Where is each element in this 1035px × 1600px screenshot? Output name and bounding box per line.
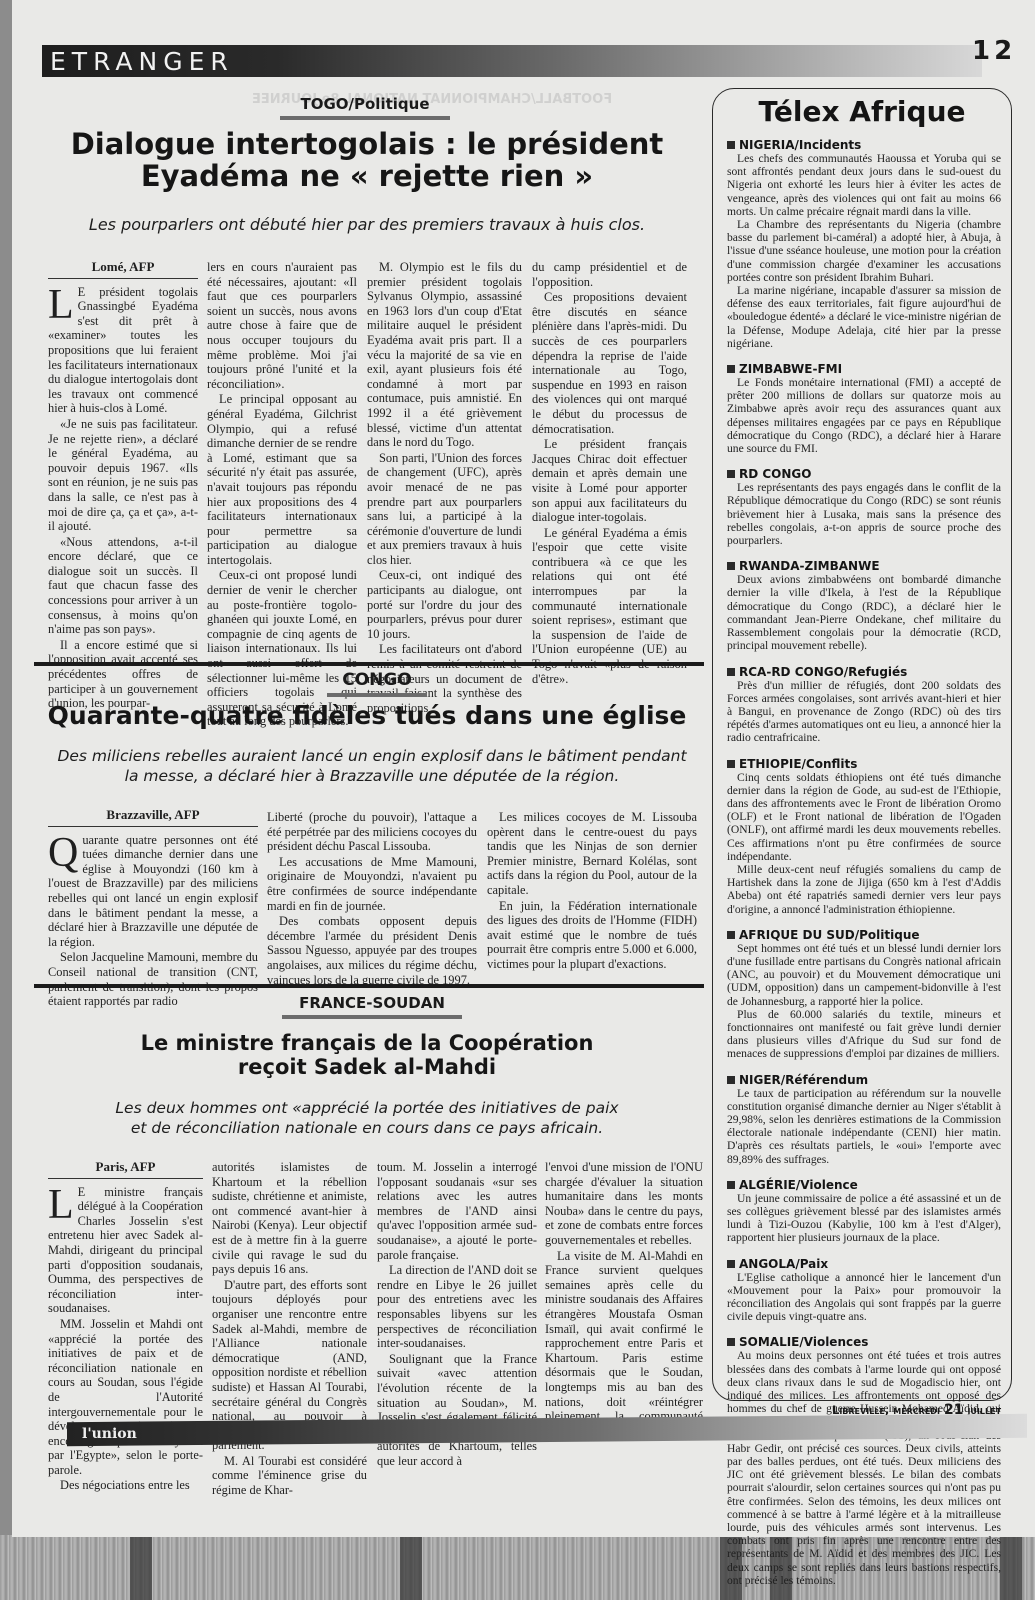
article-paragraph: Les accusations de Mme Mamouni, originai… bbox=[267, 855, 477, 913]
standfirst-line: Les deux hommes ont «apprécié la portée … bbox=[42, 1098, 692, 1118]
article-paragraph: «Je ne suis pas facilitateur. Je ne reje… bbox=[48, 417, 198, 534]
article-paragraph: Des négociations entre les bbox=[48, 1478, 203, 1493]
telex-paragraph: Le taux de participation au référendum s… bbox=[727, 1087, 1001, 1166]
telex-item-zimbabwe-fmi: ZIMBABWE-FMI Le Fonds monétaire internat… bbox=[713, 362, 1011, 455]
soudan-column-4: l'envoi d'une mission de l'ONU chargée d… bbox=[545, 1160, 703, 1439]
dateline: Paris, AFP bbox=[48, 1160, 203, 1179]
telex-item-rca-rd-congo: RCA-RD CONGO/Refugiés Près d'un millier … bbox=[713, 665, 1011, 745]
telex-afrique-box: Télex Afrique NIGERIA/Incidents Les chef… bbox=[712, 88, 1012, 1401]
telex-item-rwanda-zimbabwe: RWANDA-ZIMBANWE Deux avions zimbabwéens … bbox=[713, 559, 1011, 652]
article-paragraph: En juin, la Fédération internationale de… bbox=[487, 899, 697, 972]
telex-item-heading: NIGERIA/Incidents bbox=[739, 138, 861, 152]
togo-column-4: du camp présidentiel et de l'opposition.… bbox=[532, 260, 687, 687]
section-title: ETRANGER bbox=[50, 47, 234, 76]
telex-item-heading: ZIMBABWE-FMI bbox=[739, 362, 842, 376]
standfirst-line: la messe, a déclaré hier à Brazzaville u… bbox=[42, 766, 702, 786]
telex-paragraph: La marine nigériane, incapable d'assurer… bbox=[727, 284, 1001, 350]
section-header-band: ETRANGER bbox=[42, 45, 982, 77]
togo-standfirst: Les pourparlers ont débuté hier par des … bbox=[42, 215, 692, 236]
soudan-headline: Le ministre français de la Coopération r… bbox=[42, 1032, 692, 1079]
article-paragraph: Quarante quatre personnes ont été tuées … bbox=[48, 833, 258, 950]
article-paragraph: Le principal opposant au général Eyadéma… bbox=[207, 392, 357, 567]
telex-item-somalie: SOMALIE/Violences Au moins deux personne… bbox=[713, 1335, 1011, 1587]
bullet-square-icon bbox=[727, 668, 735, 676]
article-paragraph: autorités islamistes de Khartoum et la r… bbox=[212, 1160, 367, 1277]
article-paragraph: Liberté (proche du pouvoir), l'attaque a… bbox=[267, 810, 477, 854]
bullet-square-icon bbox=[727, 562, 735, 570]
section-divider bbox=[34, 984, 704, 988]
telex-paragraph: Deux avions zimbabwéens ont bombardé dim… bbox=[727, 573, 1001, 652]
headline-line: reçoit Sadek al-Mahdi bbox=[42, 1056, 692, 1080]
page-number: 12 bbox=[972, 36, 1016, 66]
section-divider bbox=[34, 662, 704, 666]
headline-line: Dialogue intertogolais : le président bbox=[42, 128, 692, 160]
telex-paragraph: Près d'un millier de réfugiés, dont 200 … bbox=[727, 679, 1001, 745]
congo-headline: Quarante-quatre fidèles tués dans une ég… bbox=[42, 702, 692, 730]
kicker-underline bbox=[282, 1015, 462, 1019]
standfirst-line: et de réconciliation nationale en cours … bbox=[42, 1118, 692, 1138]
kicker-label: FRANCE-SOUDAN bbox=[299, 994, 445, 1012]
article-paragraph: Il a encore estimé que si l'opposition a… bbox=[48, 638, 198, 711]
newspaper-page: FOOTBALL/CHAMPIONNAT NATIONAL 8e JOURNEE… bbox=[12, 0, 1035, 1537]
telex-paragraph: Au moins deux personnes ont été tuées et… bbox=[727, 1349, 1001, 1587]
article-paragraph: Son parti, l'Union des forces de changem… bbox=[367, 451, 522, 568]
telex-item-nigeria: NIGERIA/Incidents Les chefs des communau… bbox=[713, 138, 1011, 350]
congo-standfirst: Des miliciens rebelles auraient lancé un… bbox=[42, 746, 702, 786]
telex-paragraph: Les représentants des pays engagés dans … bbox=[727, 481, 1001, 547]
telex-item-afrique-du-sud: AFRIQUE DU SUD/Politique Sept hommes ont… bbox=[713, 928, 1011, 1061]
telex-item-heading: ALGÉRIE/Violence bbox=[739, 1178, 858, 1192]
dateline: Lomé, AFP bbox=[48, 260, 198, 279]
article-paragraph: Les milices cocoyes de M. Lissouba opère… bbox=[487, 810, 697, 898]
article-paragraph: toum. M. Josselin a interrogé l'opposant… bbox=[377, 1160, 537, 1262]
telex-paragraph: Mille deux-cent neuf réfugiés somaliens … bbox=[727, 863, 1001, 916]
congo-column-3: Les milices cocoyes de M. Lissouba opère… bbox=[487, 810, 697, 973]
soudan-column-2: autorités islamistes de Khartoum et la r… bbox=[212, 1160, 367, 1499]
togo-column-3: M. Olympio est le fils du premier présid… bbox=[367, 260, 522, 716]
telex-item-angola: ANGOLA/Paix L'Eglise catholique a annonc… bbox=[713, 1257, 1011, 1324]
bullet-square-icon bbox=[727, 470, 735, 478]
article-paragraph: Ceux-ci, ont indiqué des participants au… bbox=[367, 568, 522, 641]
drop-cap: Q bbox=[48, 835, 78, 871]
telex-item-heading: RWANDA-ZIMBANWE bbox=[739, 559, 880, 573]
article-paragraph: M. Al Tourabi est considéré comme l'émin… bbox=[212, 1454, 367, 1498]
bullet-square-icon bbox=[727, 1260, 735, 1268]
article-paragraph: du camp présidentiel et de l'opposition. bbox=[532, 260, 687, 289]
dateline: Brazzaville, AFP bbox=[48, 808, 258, 827]
article-paragraph: «Nous attendons, a-t-il encore déclaré, … bbox=[48, 535, 198, 637]
bullet-square-icon bbox=[727, 1181, 735, 1189]
article-paragraph: LE président togolais Gnassingbé Eyadéma… bbox=[48, 285, 198, 416]
bullet-square-icon bbox=[727, 141, 735, 149]
telex-item-ethiopie: ETHIOPIE/Conflits Cinq cents soldats éth… bbox=[713, 757, 1011, 916]
article-paragraph: LE ministre français délégué à la Coopér… bbox=[48, 1185, 203, 1316]
telex-paragraph: Cinq cents soldats éthiopiens ont été tu… bbox=[727, 771, 1001, 863]
telex-item-heading: RCA-RD CONGO/Refugiés bbox=[739, 665, 907, 679]
telex-item-heading: RD CONGO bbox=[739, 467, 811, 481]
telex-paragraph: Les chefs des communautés Haoussa et Yor… bbox=[727, 152, 1001, 218]
telex-paragraph: La Chambre des représentants du Nigeria … bbox=[727, 218, 1001, 284]
togo-headline: Dialogue intertogolais : le président Ey… bbox=[42, 128, 692, 193]
kicker-underline bbox=[327, 693, 427, 697]
article-paragraph: Ces propositions devaient être discutés … bbox=[532, 290, 687, 436]
bullet-square-icon bbox=[727, 1338, 735, 1346]
telex-item-heading: SOMALIE/Violences bbox=[739, 1335, 868, 1349]
telex-title: Télex Afrique bbox=[713, 95, 1011, 128]
article-paragraph: lers en cours n'auraient pas été nécessa… bbox=[207, 260, 357, 391]
congo-column-1: Brazzaville, AFP Quarante quatre personn… bbox=[48, 808, 258, 1010]
article-paragraph: l'envoi d'une mission de l'ONU chargée d… bbox=[545, 1160, 703, 1248]
congo-column-2: Liberté (proche du pouvoir), l'attaque a… bbox=[267, 810, 477, 988]
kicker-underline bbox=[280, 116, 450, 120]
headline-line: Eyadéma ne « rejette rien » bbox=[42, 160, 692, 192]
article-paragraph: Des combats opposent depuis décembre l'a… bbox=[267, 914, 477, 987]
togo-kicker: TOGO/Politique bbox=[280, 95, 450, 120]
telex-item-heading: NIGER/Référendum bbox=[739, 1073, 868, 1087]
telex-paragraph: Un jeune commissaire de police a été ass… bbox=[727, 1192, 1001, 1245]
article-paragraph: MM. Josselin et Mahdi ont «apprécié la p… bbox=[48, 1317, 203, 1478]
telex-paragraph: Plus de 60.000 salariés du textile, mine… bbox=[727, 1008, 1001, 1061]
drop-cap: L bbox=[48, 1187, 74, 1223]
article-paragraph: M. Olympio est le fils du premier présid… bbox=[367, 260, 522, 450]
bullet-square-icon bbox=[727, 760, 735, 768]
telex-item-heading: ETHIOPIE/Conflits bbox=[739, 757, 857, 771]
article-paragraph: La direction de l'AND doit se rendre en … bbox=[377, 1263, 537, 1351]
telex-paragraph: Le Fonds monétaire international (FMI) a… bbox=[727, 376, 1001, 455]
kicker-label: TOGO/Politique bbox=[300, 95, 429, 113]
telex-paragraph: L'Eglise catholique a annoncé hier le la… bbox=[727, 1271, 1001, 1324]
article-paragraph: Selon Jacqueline Mamouni, membre du Cons… bbox=[48, 950, 258, 1008]
telex-item-algerie: ALGÉRIE/Violence Un jeune commissaire de… bbox=[713, 1178, 1011, 1245]
togo-column-2: lers en cours n'auraient pas été nécessa… bbox=[207, 260, 357, 730]
drop-cap: L bbox=[48, 287, 74, 323]
bullet-square-icon bbox=[727, 1076, 735, 1084]
soudan-kicker: FRANCE-SOUDAN bbox=[282, 994, 462, 1019]
telex-item-rd-congo: RD CONGO Les représentants des pays enga… bbox=[713, 467, 1011, 547]
article-paragraph: La visite de M. Al-Mahdi en France survi… bbox=[545, 1249, 703, 1439]
newspaper-logo: l'union bbox=[82, 1426, 137, 1442]
bullet-square-icon bbox=[727, 365, 735, 373]
bullet-square-icon bbox=[727, 931, 735, 939]
kicker-label: CONGO bbox=[342, 670, 412, 690]
article-paragraph: Le président français Jacques Chirac doi… bbox=[532, 437, 687, 525]
soudan-standfirst: Les deux hommes ont «apprécié la portée … bbox=[42, 1098, 692, 1138]
headline-line: Le ministre français de la Coopération bbox=[42, 1032, 692, 1056]
telex-paragraph: Sept hommes ont été tués et un blessé lu… bbox=[727, 942, 1001, 1008]
telex-item-heading: ANGOLA/Paix bbox=[739, 1257, 828, 1271]
article-paragraph: Soulignant que la France suivait «avec a… bbox=[377, 1352, 537, 1469]
telex-item-heading: AFRIQUE DU SUD/Politique bbox=[739, 928, 920, 942]
telex-item-niger: NIGER/Référendum Le taux de participatio… bbox=[713, 1073, 1011, 1166]
togo-column-1: Lomé, AFP LE président togolais Gnassing… bbox=[48, 260, 198, 712]
congo-kicker: CONGO bbox=[327, 670, 427, 697]
standfirst-line: Des miliciens rebelles auraient lancé un… bbox=[42, 746, 702, 766]
